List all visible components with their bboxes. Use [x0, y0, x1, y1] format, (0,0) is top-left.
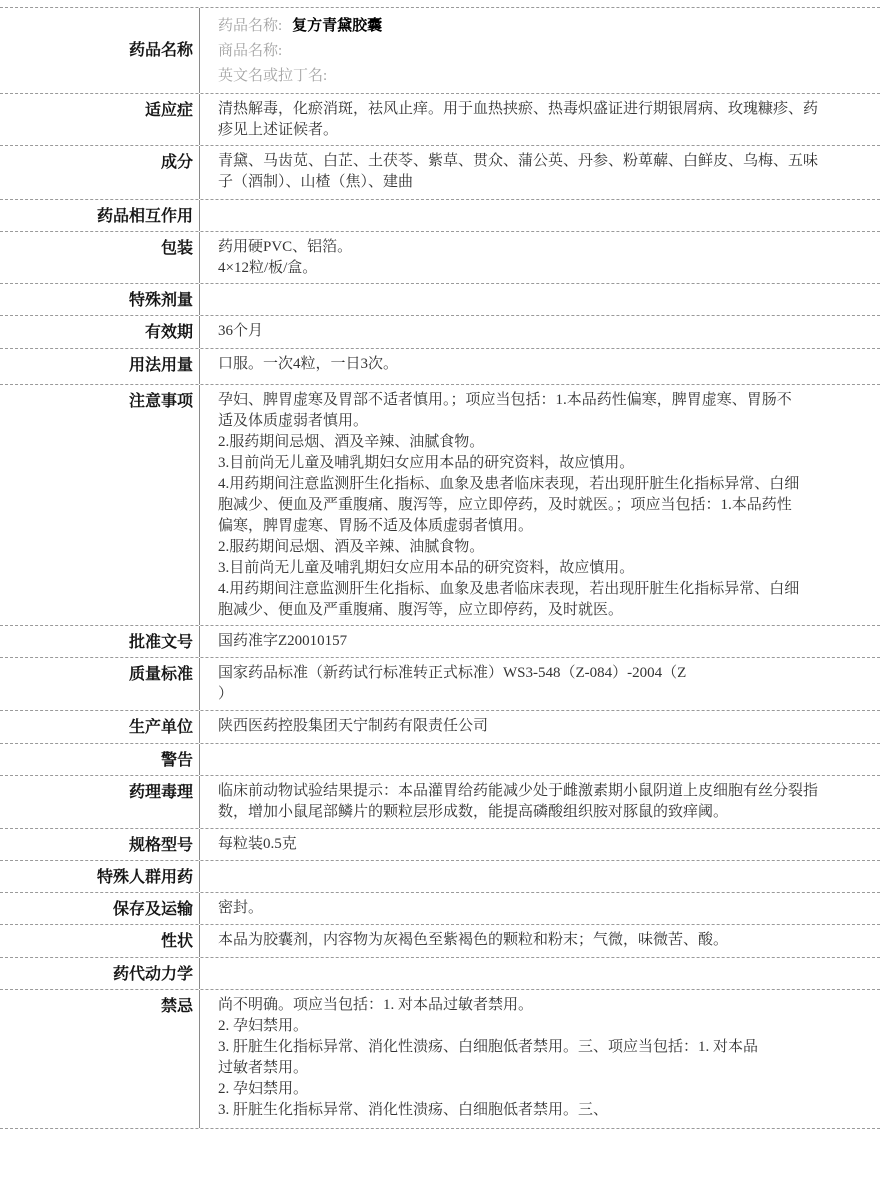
row-content: 36个月 — [200, 316, 880, 348]
row-validity-period: 有效期 36个月 — [0, 316, 880, 349]
drug-name-value: 复方青黛胶囊 — [292, 18, 382, 34]
row-approval-number: 批准文号 国药准字Z20010157 — [0, 626, 880, 658]
drug-info-table: 药品名称 药品名称:复方青黛胶囊 商品名称: 英文名或拉丁名: 适应症 清热解毒… — [0, 7, 880, 1129]
row-label: 特殊剂量 — [0, 284, 200, 315]
row-label: 药品相互作用 — [0, 200, 200, 231]
row-content: 青黛、马齿苋、白芷、土茯苓、紫草、贯众、蒲公英、丹参、粉萆薢、白鲜皮、乌梅、五味… — [200, 146, 880, 199]
row-label: 用法用量 — [0, 349, 200, 384]
row-content: 清热解毒，化瘀消斑，祛风止痒。用于血热挟瘀、热毒炽盛证进行期银屑病、玫瑰糠疹、药… — [200, 94, 880, 145]
row-label-text: 药品名称 — [129, 41, 193, 61]
row-label: 禁忌 — [0, 990, 200, 1128]
row-label: 批准文号 — [0, 626, 200, 657]
row-label: 质量标准 — [0, 658, 200, 710]
row-label: 成分 — [0, 146, 200, 199]
row-content — [200, 284, 880, 315]
row-label: 注意事项 — [0, 385, 200, 625]
row-drug-name: 药品名称 药品名称:复方青黛胶囊 商品名称: 英文名或拉丁名: — [0, 8, 880, 94]
row-content — [200, 744, 880, 775]
row-pharmacology-toxicology: 药理毒理 临床前动物试验结果提示：本品灌胃给药能减少处于雌激素期小鼠阴道上皮细胞… — [0, 776, 880, 829]
row-content: 药用硬PVC、铝箔。 4×12粒/板/盒。 — [200, 232, 880, 283]
row-label: 适应症 — [0, 94, 200, 145]
row-label: 有效期 — [0, 316, 200, 348]
row-content: 临床前动物试验结果提示：本品灌胃给药能减少处于雌激素期小鼠阴道上皮细胞有丝分裂指… — [200, 776, 880, 828]
row-packaging: 包装 药用硬PVC、铝箔。 4×12粒/板/盒。 — [0, 232, 880, 284]
row-manufacturer: 生产单位 陕西医药控股集团天宁制药有限责任公司 — [0, 711, 880, 744]
row-content: 国家药品标准（新药试行标准转正式标准）WS3-548（Z-084）-2004（Z… — [200, 658, 880, 710]
row-precautions: 注意事项 孕妇、脾胃虚寒及胃部不适者慎用。；项应当包括：1.本品药性偏寒，脾胃虚… — [0, 385, 880, 626]
row-content: 口服。一次4粒，一日3次。 — [200, 349, 880, 384]
row-label: 性状 — [0, 925, 200, 957]
row-content: 陕西医药控股集团天宁制药有限责任公司 — [200, 711, 880, 743]
row-storage-transport: 保存及运输 密封。 — [0, 893, 880, 925]
row-quality-standard: 质量标准 国家药品标准（新药试行标准转正式标准）WS3-548（Z-084）-2… — [0, 658, 880, 711]
row-content-drug-name: 药品名称:复方青黛胶囊 商品名称: 英文名或拉丁名: — [200, 8, 880, 93]
row-label: 保存及运输 — [0, 893, 200, 924]
row-warning: 警告 — [0, 744, 880, 776]
row-content — [200, 200, 880, 231]
trade-name-sublabel: 商品名称: — [218, 39, 868, 64]
row-content: 尚不明确。项应当包括：1. 对本品过敏者禁用。 2. 孕妇禁用。 3. 肝脏生化… — [200, 990, 880, 1128]
row-label: 包装 — [0, 232, 200, 283]
row-content: 每粒装0.5克 — [200, 829, 880, 860]
row-content — [200, 861, 880, 892]
english-name-sublabel: 英文名或拉丁名: — [218, 64, 868, 89]
row-content: 本品为胶囊剂，内容物为灰褐色至紫褐色的颗粒和粉末；气微，味微苦、酸。 — [200, 925, 880, 957]
row-label: 特殊人群用药 — [0, 861, 200, 892]
row-contraindications: 禁忌 尚不明确。项应当包括：1. 对本品过敏者禁用。 2. 孕妇禁用。 3. 肝… — [0, 990, 880, 1129]
row-label: 药理毒理 — [0, 776, 200, 828]
drug-name-line: 药品名称:复方青黛胶囊 — [218, 14, 868, 39]
row-specification: 规格型号 每粒装0.5克 — [0, 829, 880, 861]
row-label: 规格型号 — [0, 829, 200, 860]
row-description: 性状 本品为胶囊剂，内容物为灰褐色至紫褐色的颗粒和粉末；气微，味微苦、酸。 — [0, 925, 880, 958]
row-drug-interactions: 药品相互作用 — [0, 200, 880, 232]
row-label: 药代动力学 — [0, 958, 200, 989]
row-special-dosage: 特殊剂量 — [0, 284, 880, 316]
row-content — [200, 958, 880, 989]
row-dosage-usage: 用法用量 口服。一次4粒，一日3次。 — [0, 349, 880, 385]
row-content: 密封。 — [200, 893, 880, 924]
row-label-drug-name: 药品名称 — [0, 8, 200, 93]
row-label: 警告 — [0, 744, 200, 775]
drug-name-sublabel: 药品名称: — [218, 18, 282, 34]
row-ingredients: 成分 青黛、马齿苋、白芷、土茯苓、紫草、贯众、蒲公英、丹参、粉萆薢、白鲜皮、乌梅… — [0, 146, 880, 200]
row-special-population: 特殊人群用药 — [0, 861, 880, 893]
row-label: 生产单位 — [0, 711, 200, 743]
row-content: 孕妇、脾胃虚寒及胃部不适者慎用。；项应当包括：1.本品药性偏寒，脾胃虚寒、胃肠不… — [200, 385, 880, 625]
row-indications: 适应症 清热解毒，化瘀消斑，祛风止痒。用于血热挟瘀、热毒炽盛证进行期银屑病、玫瑰… — [0, 94, 880, 146]
row-content: 国药准字Z20010157 — [200, 626, 880, 657]
row-pharmacokinetics: 药代动力学 — [0, 958, 880, 990]
